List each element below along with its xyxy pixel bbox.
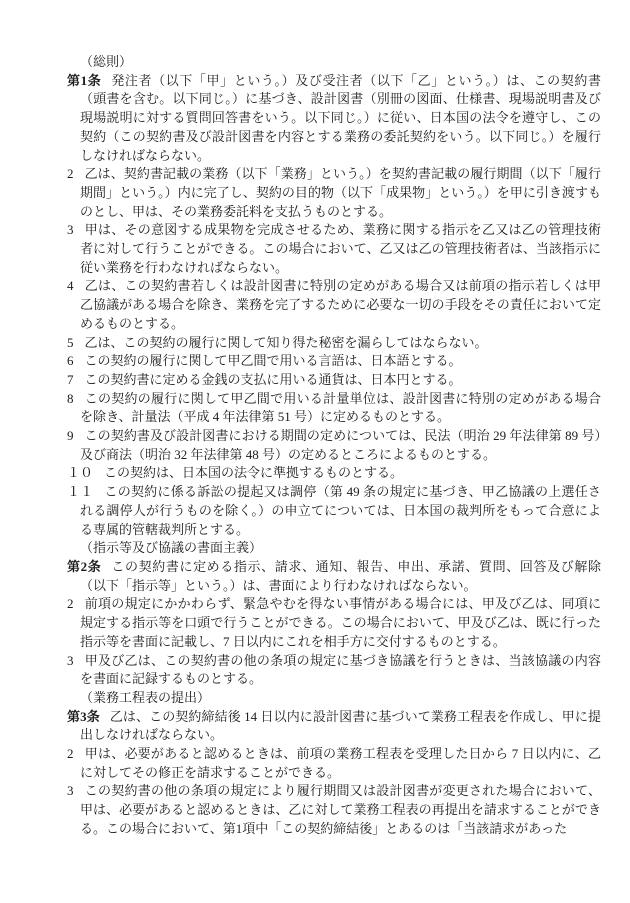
item-number: 2 (67, 596, 74, 611)
item-number: １１ (67, 484, 94, 499)
paragraph-text: この契約書及び設計図書における期間の定めについては、民法（明治 29 年法律第 … (80, 428, 601, 462)
paragraph-text: 乙は、この契約の履行に関して知り得た秘密を漏らしてはならない。 (85, 335, 488, 350)
item-paragraph: 3甲及び乙は、この契約書の他の条項の規定に基づき協議を行うときは、当該協議の内容… (67, 652, 601, 689)
item-number: 6 (67, 353, 74, 368)
item-number: 2 (67, 166, 74, 181)
paragraph-text: （総則） (80, 54, 132, 69)
paragraph-text: 前項の規定にかかわらず、緊急やむを得ない事情がある場合には、甲及び乙は、同項に規… (80, 596, 601, 648)
paragraph-text: この契約の履行に関して甲乙間で用いる言語は、日本語とする。 (85, 353, 462, 368)
item-paragraph: 7この契約書に定める金銭の支払に用いる通貨は、日本円とする。 (67, 371, 601, 390)
section-heading: （業務工程表の提出） (67, 689, 601, 708)
paragraph-text: （業務工程表の提出） (80, 690, 210, 705)
paragraph-text: この契約の履行に関して甲乙間で用いる計量単位は、設計図書に特別の定めがある場合を… (80, 391, 601, 425)
item-number: 3 (67, 222, 74, 237)
item-number: 5 (67, 335, 74, 350)
paragraph-text: この契約書に定める金銭の支払に用いる通貨は、日本円とする。 (85, 372, 462, 387)
item-paragraph: 2甲は、必要があると認めるときは、前項の業務工程表を受理した日から 7 日以内に… (67, 745, 601, 782)
document-body: （総則）第1条発注者（以下「甲」という。）及び受注者（以下「乙」という。）は、こ… (67, 53, 601, 839)
item-paragraph: 5乙は、この契約の履行に関して知り得た秘密を漏らしてはならない。 (67, 334, 601, 353)
document-page: （総則）第1条発注者（以下「甲」という。）及び受注者（以下「乙」という。）は、こ… (0, 0, 630, 903)
paragraph-text: （指示等及び協議の書面主義） (80, 540, 262, 555)
article-paragraph: 第2条この契約書に定める指示、請求、通知、報告、申出、承諾、質問、回答及び解除（… (67, 558, 601, 595)
item-paragraph: 6この契約の履行に関して甲乙間で用いる言語は、日本語とする。 (67, 352, 601, 371)
article-number: 第3条 (67, 709, 100, 724)
item-paragraph: 4乙は、この契約書若しくは設計図書に特別の定めがある場合又は前項の指示若しくは甲… (67, 277, 601, 333)
item-paragraph: 9この契約書及び設計図書における期間の定めについては、民法（明治 29 年法律第… (67, 427, 601, 464)
article-number: 第1条 (67, 73, 101, 88)
paragraph-text: この契約に係る訴訟の提起又は調停（第 49 条の規定に基づき、甲乙協議の上選任さ… (80, 484, 601, 536)
item-number: １０ (67, 465, 93, 480)
item-number: 4 (67, 278, 74, 293)
item-number: 2 (67, 746, 74, 761)
section-heading: （総則） (67, 53, 601, 72)
item-paragraph: １１この契約に係る訴訟の提起又は調停（第 49 条の規定に基づき、甲乙協議の上選… (67, 483, 601, 539)
item-number: 3 (67, 783, 74, 798)
item-number: 9 (67, 428, 74, 443)
article-paragraph: 第1条発注者（以下「甲」という。）及び受注者（以下「乙」という。）は、この契約書… (67, 72, 601, 166)
item-number: 8 (67, 391, 74, 406)
item-number: 3 (67, 653, 74, 668)
paragraph-text: この契約書の他の条項の規定により履行期間又は設計図書が変更された場合において、甲… (80, 783, 601, 835)
paragraph-text: 甲及び乙は、この契約書の他の条項の規定に基づき協議を行うときは、当該協議の内容を… (80, 653, 601, 687)
paragraph-text: 甲は、必要があると認めるときは、前項の業務工程表を受理した日から 7 日以内に、… (80, 746, 601, 780)
item-paragraph: １０この契約は、日本国の法令に準拠するものとする。 (67, 464, 601, 483)
item-paragraph: 3甲は、その意図する成果物を完成させるため、業務に関する指示を乙又は乙の管理技術… (67, 221, 601, 277)
item-number: 7 (67, 372, 74, 387)
item-paragraph: 2乙は、契約書記載の業務（以下「業務」という。）を契約書記載の履行期間（以下「履… (67, 165, 601, 221)
item-paragraph: 3この契約書の他の条項の規定により履行期間又は設計図書が変更された場合において、… (67, 782, 601, 838)
article-paragraph: 第3条乙は、この契約締結後 14 日以内に設計図書に基づいて業務工程表を作成し、… (67, 708, 601, 745)
item-paragraph: 2前項の規定にかかわらず、緊急やむを得ない事情がある場合には、甲及び乙は、同項に… (67, 595, 601, 651)
paragraph-text: この契約は、日本国の法令に準拠するものとする。 (104, 465, 403, 480)
paragraph-text: 乙は、この契約書若しくは設計図書に特別の定めがある場合又は前項の指示若しくは甲乙… (80, 278, 601, 330)
paragraph-text: この契約書に定める指示、請求、通知、報告、申出、承諾、質問、回答及び解除（以下「… (80, 559, 601, 593)
section-heading: （指示等及び協議の書面主義） (67, 539, 601, 558)
paragraph-text: 乙は、この契約締結後 14 日以内に設計図書に基づいて業務工程表を作成し、甲に提… (80, 709, 601, 743)
item-paragraph: 8この契約の履行に関して甲乙間で用いる計量単位は、設計図書に特別の定めがある場合… (67, 390, 601, 427)
paragraph-text: 発注者（以下「甲」という。）及び受注者（以下「乙」という。）は、この契約書（頭書… (80, 73, 601, 163)
article-number: 第2条 (67, 559, 101, 574)
paragraph-text: 乙は、契約書記載の業務（以下「業務」という。）を契約書記載の履行期間（以下「履行… (80, 166, 601, 218)
paragraph-text: 甲は、その意図する成果物を完成させるため、業務に関する指示を乙又は乙の管理技術者… (80, 222, 601, 274)
